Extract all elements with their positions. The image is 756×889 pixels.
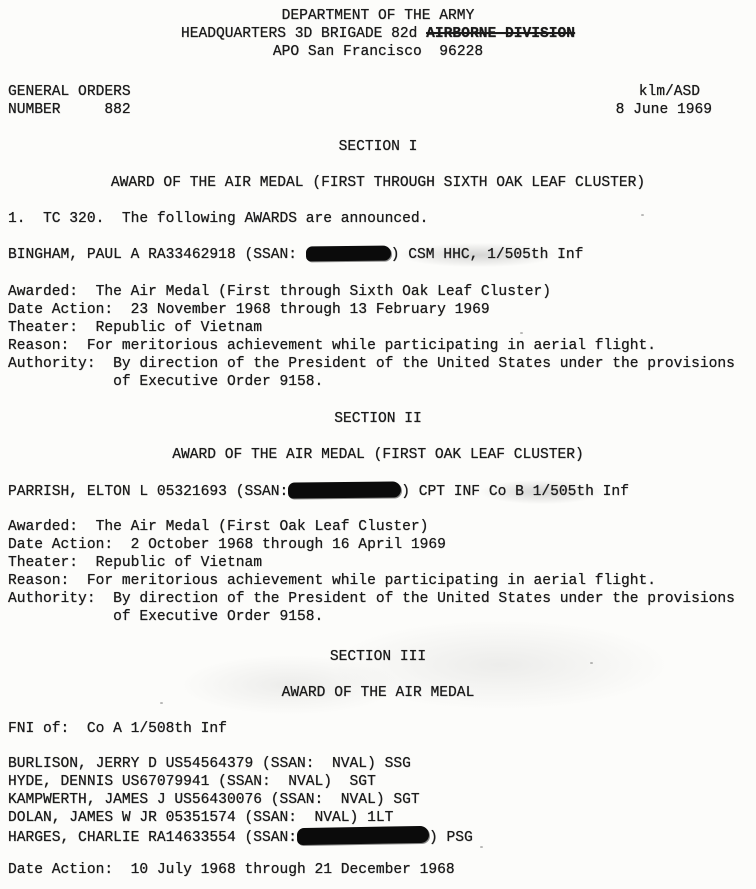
detail-text: Theater: Republic of Vietnam (8, 320, 262, 336)
detail-theater: Theater: Republic of Vietnam (8, 319, 748, 337)
recipient-text: ) CPT INF (401, 484, 489, 500)
detail-authority-cont: of Executive Order 9158. (8, 373, 748, 391)
recipient-text: ) PSG (429, 830, 473, 846)
section-1-subtitle-text: AWARD OF THE AIR MEDAL (FIRST THROUGH SI… (111, 175, 645, 191)
detail-reason: Reason: For meritorious achievement whil… (8, 572, 748, 590)
recipient-line-kampwerth: KAMPWERTH, JAMES J US56430076 (SSAN: NVA… (8, 791, 748, 809)
section-1-title-text: SECTION I (339, 139, 418, 155)
apo-line: APO San Francisco 96228 (8, 43, 748, 61)
section-3-title: SECTION III (8, 648, 748, 666)
recipient-line-bingham: BINGHAM, PAUL A RA33462918 (SSAN: ) CSM … (8, 246, 748, 264)
detail-date-action: Date Action: 23 November 1968 through 13… (8, 301, 748, 319)
general-orders-text: GENERAL ORDERS (8, 84, 131, 100)
office-symbol: klm/ASD (639, 83, 700, 101)
redaction-bar (297, 826, 429, 845)
detail-text: Awarded: The Air Medal (First through Si… (8, 284, 551, 300)
recipient-line-harges: HARGES, CHARLIE RA14633554 (SSAN:) PSG (8, 827, 748, 847)
detail-text: of Executive Order 9158. (8, 609, 323, 625)
recipient-text: HARGES, CHARLIE RA14633554 (SSAN: (8, 830, 297, 846)
detail-reason: Reason: For meritorious achievement whil… (8, 337, 748, 355)
headquarters-line: HEADQUARTERS 3D BRIGADE 82d AIRBORNE DIV… (8, 25, 748, 43)
section-2-subtitle: AWARD OF THE AIR MEDAL (FIRST OAK LEAF C… (8, 446, 748, 464)
recipient-text: BURLISON, JERRY D US54564379 (SSAN: NVAL… (8, 756, 411, 772)
struck-out-text: AIRBORNE DIVISION (426, 26, 575, 42)
department-title-text: DEPARTMENT OF THE ARMY (282, 8, 475, 24)
detail-authority-cont: of Executive Order 9158. (8, 608, 748, 626)
recipient-text: KAMPWERTH, JAMES J US56430076 (SSAN: NVA… (8, 792, 420, 808)
order-date: 8 June 1969 (616, 101, 712, 119)
awards-intro-text: 1. TC 320. The following AWARDS are anno… (8, 211, 428, 227)
detail-authority: Authority: By direction of the President… (8, 355, 748, 373)
recipient-text: BINGHAM, PAUL A RA33462918 (SSAN: (8, 247, 306, 263)
recipient-text: HYDE, DENNIS US67079941 (SSAN: NVAL) SGT (8, 774, 376, 790)
order-date-text: 8 June 1969 (616, 102, 712, 118)
headquarters-text: HEADQUARTERS 3D BRIGADE 82d (181, 26, 426, 42)
date-action-text: Date Action: 10 July 1968 through 21 Dec… (8, 862, 455, 878)
detail-text: Reason: For meritorious achievement whil… (8, 573, 656, 589)
detail-text: Reason: For meritorious achievement whil… (8, 338, 656, 354)
detail-date-action: Date Action: 2 October 1968 through 16 A… (8, 536, 748, 554)
unit-line-text: FNI of: Co A 1/508th Inf (8, 721, 227, 737)
detail-text: Date Action: 23 November 1968 through 13… (8, 302, 490, 318)
recipient-unit-smudged: Co B 1/505th (489, 484, 594, 500)
section-3-subtitle-text: AWARD OF THE AIR MEDAL (282, 685, 475, 701)
section-3-title-text: SECTION III (330, 649, 426, 665)
detail-awarded: Awarded: The Air Medal (First through Si… (8, 283, 748, 301)
section-3-date-action: Date Action: 10 July 1968 through 21 Dec… (8, 861, 748, 879)
detail-text: Date Action: 2 October 1968 through 16 A… (8, 537, 446, 553)
department-title: DEPARTMENT OF THE ARMY (8, 7, 748, 25)
recipient-line-dolan: DOLAN, JAMES W JR 05351574 (SSAN: NVAL) … (8, 809, 748, 827)
recipient-text: DOLAN, JAMES W JR 05351574 (SSAN: NVAL) … (8, 810, 393, 826)
recipient-text: PARRISH, ELTON L 05321693 (SSAN: (8, 484, 288, 500)
recipient-line-burlison: BURLISON, JERRY D US54564379 (SSAN: NVAL… (8, 755, 748, 773)
order-number-text: NUMBER 882 (8, 102, 131, 118)
detail-text: of Executive Order 9158. (8, 374, 323, 390)
document-page: DEPARTMENT OF THE ARMY HEADQUARTERS 3D B… (0, 0, 756, 889)
detail-authority: Authority: By direction of the President… (8, 590, 748, 608)
office-symbol-text: klm/ASD (639, 84, 700, 100)
section-3-subtitle: AWARD OF THE AIR MEDAL (8, 684, 748, 702)
general-orders-label: GENERAL ORDERS (8, 83, 748, 101)
detail-text: Authority: By direction of the President… (8, 591, 735, 607)
detail-theater: Theater: Republic of Vietnam (8, 554, 748, 572)
scan-speck (160, 702, 163, 704)
redaction-bar (288, 481, 401, 498)
recipient-line-hyde: HYDE, DENNIS US67079941 (SSAN: NVAL) SGT (8, 773, 748, 791)
detail-awarded: Awarded: The Air Medal (First Oak Leaf C… (8, 518, 748, 536)
section-1-title: SECTION I (8, 138, 748, 156)
recipient-line-parrish: PARRISH, ELTON L 05321693 (SSAN:) CPT IN… (8, 482, 748, 501)
detail-text: Awarded: The Air Medal (First Oak Leaf C… (8, 519, 428, 535)
detail-text: Authority: By direction of the President… (8, 356, 735, 372)
section-2-subtitle-text: AWARD OF THE AIR MEDAL (FIRST OAK LEAF C… (172, 447, 584, 463)
detail-text: Theater: Republic of Vietnam (8, 555, 262, 571)
recipient-unit-smudged: CSM HHC, 1/505th (408, 247, 548, 263)
unit-line: FNI of: Co A 1/508th Inf (8, 720, 748, 738)
awards-intro: 1. TC 320. The following AWARDS are anno… (8, 210, 748, 228)
redaction-bar (306, 246, 391, 262)
apo-text: APO San Francisco 96228 (273, 44, 483, 60)
section-2-title: SECTION II (8, 410, 748, 428)
section-2-title-text: SECTION II (334, 411, 422, 427)
section-1-subtitle: AWARD OF THE AIR MEDAL (FIRST THROUGH SI… (8, 174, 748, 192)
